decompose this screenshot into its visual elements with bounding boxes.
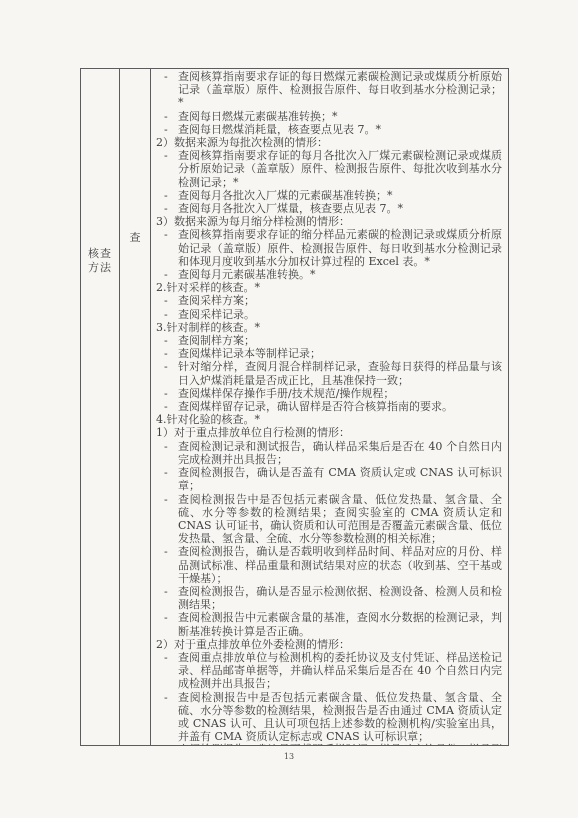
dash-bullet-icon: - [164,360,168,373]
row-header-method-cell: 核查方法 [81,69,120,745]
dash-bullet-icon: - [164,493,168,506]
checklist-item-text: 查阅煤样保存操作手册/技术规范/操作规程； [178,387,394,400]
document-page: 核查方法 查 - 查阅核算指南要求存证的每日燃煤元素碳检测记录或煤质分析原始记录… [0,0,578,818]
checklist-item: - 查阅核算指南要求存证的每月各批次入厂煤元素碳检测记录或煤质分析原始记录（盖章… [156,149,502,189]
checklist-item-text: 查阅检测报告，确认是否载明采样时间、样品对应的月份、样品测试标准、样品重量和测试… [178,743,502,745]
dash-bullet-icon: - [164,308,168,321]
dash-bullet-icon: - [164,651,168,664]
checklist-item-text: 4.针对化验的核查。* [156,413,260,426]
checklist-item-text: 查阅每月元素碳基准转换。* [178,268,316,281]
checklist-item: - 查阅采样记录。 [156,308,502,321]
checklist-item: 3）数据来源为每月缩分样检测的情形： [156,215,502,228]
row-header-check-cell: 查 [120,69,151,745]
dash-bullet-icon: - [164,691,168,704]
checklist-item: - 查阅每月各批次入厂煤的元素碳基准转换；* [156,189,502,202]
checklist-item: 3.针对制样的核查。* [156,321,502,334]
checklist-item-text: 查阅煤样记录本等制样记录； [178,347,321,360]
dash-bullet-icon: - [164,228,168,241]
checklist-item: - 查阅制样方案； [156,334,502,347]
checklist-item-text: 查阅检测报告，确认是否显示检测依据、检测设备、检测人员和检测结果； [178,585,502,611]
checklist-item-text: 查阅煤样留存记录，确认留样是否符合核算指南的要求。 [178,400,453,413]
checklist-item: - 查阅检测报告中是否包括元素碳含量、低位发热量、氢含量、全硫、水分等参数的检测… [156,691,502,744]
row-header-check-label: 查 [120,231,150,245]
checklist-item: - 查阅每日燃煤元素碳基准转换；* [156,110,502,123]
checklist-item-text: 查阅每日燃煤元素碳基准转换；* [178,110,338,123]
dash-bullet-icon: - [164,545,168,558]
dash-bullet-icon: - [164,334,168,347]
dash-bullet-icon: - [164,110,168,123]
checklist-item: - 查阅煤样记录本等制样记录； [156,347,502,360]
checklist-item: 2）对于重点排放单位外委检测的情形： [156,638,502,651]
checklist-item: - 查阅每日燃煤消耗量，核查要点见表 7。* [156,123,502,136]
checklist-item-text: 查阅检测报告，确认是否载明收到样品时间、样品对应的月份、样品测试标准、样品重量和… [178,545,502,584]
checklist-item: - 查阅检测报告，确认是否载明采样时间、样品对应的月份、样品测试标准、样品重量和… [156,743,502,745]
checklist-item-text: 查阅采样记录。 [178,308,255,321]
checklist-item-text: 查阅重点排放单位与检测机构的委托协议及支付凭证、样品送检记录、样品邮寄单据等，并… [178,651,502,690]
checklist-item-text: 查阅检测报告，确认是否盖有 CMA 资质认定或 CNAS 认可标识章； [178,466,502,492]
dash-bullet-icon: - [164,202,168,215]
checklist-item: 2）数据来源为每批次检测的情形： [156,136,502,149]
checklist-item-text: 2）数据来源为每批次检测的情形： [156,136,328,149]
checklist-item-text: 查阅每日燃煤消耗量，核查要点见表 7。* [178,123,381,136]
checklist-item-text: 2）对于重点排放单位外委检测的情形： [156,638,350,651]
dash-bullet-icon: - [164,268,168,281]
dash-bullet-icon: - [164,123,168,136]
checklist-item-text: 查阅核算指南要求存证的每月各批次入厂煤元素碳检测记录或煤质分析原始记录（盖章版）… [178,149,502,188]
checklist-item: - 针对缩分样，查阅月混合样制样记录，查验每日获得的样品量与该日入炉煤消耗量是否… [156,360,502,386]
checklist-item: 1）对于重点排放单位自行检测的情形： [156,426,502,439]
checklist-item-text: 2.针对采样的核查。* [156,281,260,294]
checklist-item-text: 查阅检测报告中是否包括元素碳含量、低位发热量、氢含量、全硫、水分等参数的检测结果… [178,493,502,546]
dash-bullet-icon: - [164,466,168,479]
checklist-item: - 查阅核算指南要求存证的缩分样品元素碳的检测记录或煤质分析原始记录（盖章版）原… [156,228,502,268]
checklist-item: - 查阅检测报告中元素碳含量的基准，查阅水分数据的检测记录，判断基准转换计算是否… [156,611,502,637]
checklist-item: - 查阅煤样留存记录，确认留样是否符合核算指南的要求。 [156,400,502,413]
checklist-content-cell: - 查阅核算指南要求存证的每日燃煤元素碳检测记录或煤质分析原始记录（盖章版）原件… [151,69,508,745]
checklist-item: - 查阅检测报告，确认是否盖有 CMA 资质认定或 CNAS 认可标识章； [156,466,502,492]
page-number: 13 [0,752,578,761]
dash-bullet-icon: - [164,189,168,202]
checklist-item: - 查阅检测记录和测试报告，确认样品采集后是否在 40 个自然日内完成检测并出具… [156,440,502,466]
checklist-item-text: 查阅采样方案； [178,294,255,307]
checklist-item-text: 查阅检测报告中是否包括元素碳含量、低位发热量、氢含量、全硫、水分等参数的检测结果… [178,691,502,744]
verification-methods-table: 核查方法 查 - 查阅核算指南要求存证的每日燃煤元素碳检测记录或煤质分析原始记录… [80,68,509,746]
checklist-item: - 查阅每月元素碳基准转换。* [156,268,502,281]
checklist-item-text: 查阅每月各批次入厂煤的元素碳基准转换；* [178,189,393,202]
checklist-item-text: 3.针对制样的核查。* [156,321,260,334]
checklist-item: 4.针对化验的核查。* [156,413,502,426]
row-header-method-label: 核查方法 [88,247,112,274]
dash-bullet-icon: - [164,440,168,453]
checklist-item: - 查阅检测报告中是否包括元素碳含量、低位发热量、氢含量、全硫、水分等参数的检测… [156,493,502,546]
checklist-item-text: 查阅核算指南要求存证的每日燃煤元素碳检测记录或煤质分析原始记录（盖章版）原件、检… [178,70,502,109]
dash-bullet-icon: - [164,585,168,598]
checklist-item: - 查阅检测报告，确认是否显示检测依据、检测设备、检测人员和检测结果； [156,585,502,611]
dash-bullet-icon: - [164,149,168,162]
checklist-item: - 查阅每月各批次入厂煤量，核查要点见表 7。* [156,202,502,215]
dash-bullet-icon: - [164,294,168,307]
checklist-item-text: 查阅检测记录和测试报告，确认样品采集后是否在 40 个自然日内完成检测并出具报告… [178,440,502,466]
checklist-item-text: 查阅检测报告中元素碳含量的基准，查阅水分数据的检测记录，判断基准转换计算是否正确… [178,611,502,637]
checklist-item: - 查阅采样方案； [156,294,502,307]
dash-bullet-icon: - [164,611,168,624]
dash-bullet-icon: - [164,743,168,745]
checklist-item: - 查阅核算指南要求存证的每日燃煤元素碳检测记录或煤质分析原始记录（盖章版）原件… [156,70,502,110]
checklist-item-text: 查阅核算指南要求存证的缩分样品元素碳的检测记录或煤质分析原始记录（盖章版）原件、… [178,228,502,267]
checklist-item: - 查阅重点排放单位与检测机构的委托协议及支付凭证、样品送检记录、样品邮寄单据等… [156,651,502,691]
dash-bullet-icon: - [164,387,168,400]
checklist-item-text: 查阅每月各批次入厂煤量，核查要点见表 7。* [178,202,403,215]
checklist-item: 2.针对采样的核查。* [156,281,502,294]
checklist-item-text: 查阅制样方案； [178,334,255,347]
checklist-item: - 查阅煤样保存操作手册/技术规范/操作规程； [156,387,502,400]
dash-bullet-icon: - [164,347,168,360]
checklist-item-text: 1）对于重点排放单位自行检测的情形： [156,426,350,439]
checklist-item: - 查阅检测报告，确认是否载明收到样品时间、样品对应的月份、样品测试标准、样品重… [156,545,502,585]
dash-bullet-icon: - [164,70,168,83]
checklist-item-text: 3）数据来源为每月缩分样检测的情形： [156,215,350,228]
dash-bullet-icon: - [164,400,168,413]
checklist-item-text: 针对缩分样，查阅月混合样制样记录，查验每日获得的样品量与该日入炉煤消耗量是否成正… [178,360,502,386]
